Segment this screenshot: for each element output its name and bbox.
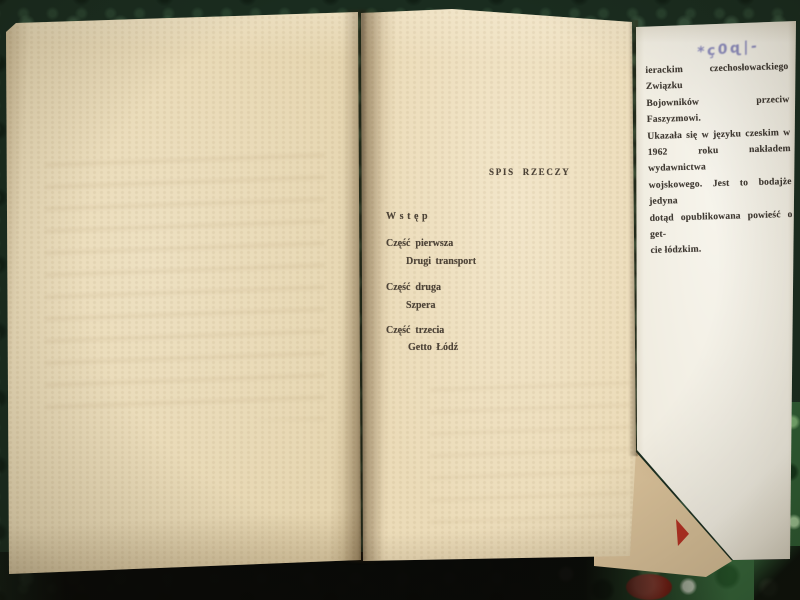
toc-title: SPIS RZECZY [489, 167, 570, 177]
flap-text-line: dotąd opublikowana powieść o get- [649, 207, 793, 244]
toc-entry-wstep: Wstęp [386, 211, 431, 222]
book-photo: SPIS RZECZY Wstęp Część pierwsza Drugi t… [0, 0, 800, 600]
toc-entry-czesc-pierwsza: Część pierwsza [386, 238, 453, 249]
flap-text-line: 1962 roku nakładem wydawnictwa [648, 141, 792, 178]
paper-texture [0, 0, 366, 580]
toc-entry-czesc-druga: Część druga [386, 282, 441, 293]
flap-blurb-text: ierackim czechosłowackiego Związku Bojow… [645, 59, 793, 260]
page-gutter [342, 10, 384, 562]
toc-subentry-drugi-transport: Drugi transport [406, 256, 476, 267]
left-page-blank [0, 0, 366, 580]
flap-text-line: ierackim czechosłowackiego Związku [645, 59, 789, 96]
toc-subentry-szpera: Szpera [406, 300, 435, 311]
toc-entry-czesc-trzecia: Część trzecia [386, 325, 444, 336]
flap-text-line: Bojowników przeciw Faszyzmowi. [646, 92, 790, 129]
flap-text-line: wojskowego. Jest to bodajże jedyna [648, 174, 792, 211]
toc-subentry-getto-lodz: Getto Łódź [408, 342, 458, 353]
